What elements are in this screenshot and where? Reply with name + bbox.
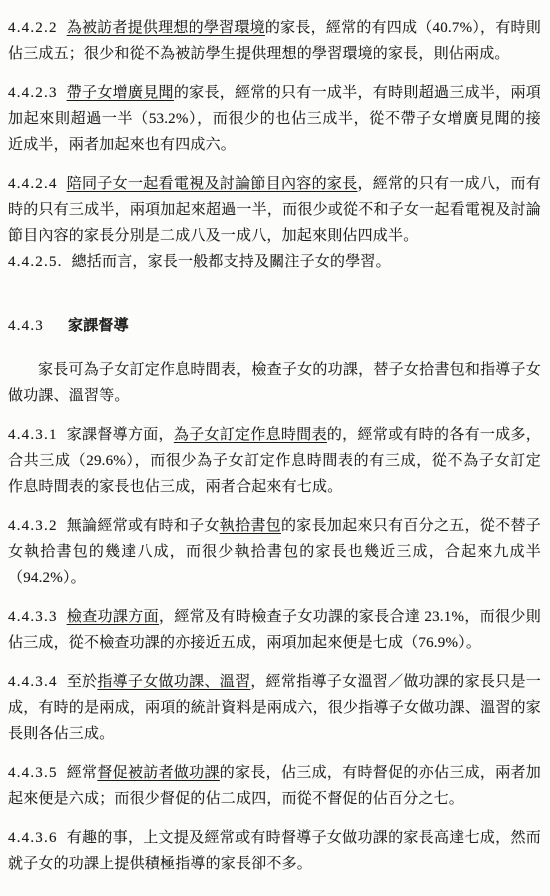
section-paragraph-4-4-3-3: 4.4.3.3檢查功課方面，經常及有時檢查子女功課的家長合達 23.1%，而很少… (8, 604, 541, 656)
section-number: 4.4.3 (8, 318, 44, 334)
section-heading-title: 家課督導 (68, 318, 129, 334)
section-paragraph-4-4-3-6: 4.4.3.6有趣的事，上文提及經常或有時督導子女做功課的家長高達七成，然而就子… (8, 825, 541, 877)
section-paragraph-4-4-3-4: 4.4.3.4至於指導子女做功課、溫習，經常指導子女溫習／做功課的家長只是一成，… (8, 669, 541, 747)
underlined-phrase: 陪同子女一起看電視及討論節目內容的家長 (67, 176, 358, 192)
section-paragraph-4-4-3-5: 4.4.3.5經常督促被訪者做功課的家長，佔三成，有時督促的亦佔三成，兩者加起來… (8, 760, 541, 812)
section-pre-text: 總括而言，家長一般都支持及關注子女的學習。 (72, 254, 391, 270)
intro-paragraph: 家長可為子女訂定作息時間表，檢查子女的功課，替子女拾書包和指導子女做功課、溫習等… (8, 357, 541, 409)
underlined-phrase: 檢查功課方面 (67, 609, 159, 625)
section-number: 4.4.3.5 (8, 765, 58, 781)
underlined-phrase: 督促被訪者做功課 (97, 765, 219, 781)
intro-text: 家長可為子女訂定作息時間表，檢查子女的功課，替子女拾書包和指導子女做功課、溫習等… (8, 362, 541, 404)
section-paragraph-4-4-2-2: 4.4.2.2為被訪者提供理想的學習環境的家長，經常的有四成（40.7%），有時… (8, 15, 541, 67)
underlined-phrase: 指導子女做功課、溫習 (97, 674, 250, 690)
section-paragraph-4-4-2-4: 4.4.2.4陪同子女一起看電視及討論節目內容的家長，經常的只有一成八，而有時的… (8, 171, 541, 249)
section-number: 4.4.2.3 (8, 85, 58, 101)
underlined-phrase: 帶子女增廣見聞 (67, 85, 174, 101)
underlined-phrase: 執拾書包 (220, 518, 281, 534)
section-number: 4.4.3.1 (8, 427, 58, 443)
underlined-phrase: 為被訪者提供理想的學習環境 (67, 20, 265, 36)
section-number: 4.4.3.3 (8, 609, 58, 625)
section-paragraph-4-4-2-3: 4.4.2.3帶子女增廣見聞的家長，經常的只有一成半，有時則超過三成半，兩項加起… (8, 80, 541, 158)
section-pre-text: 家課督導方面， (67, 427, 174, 443)
section-number: 4.4.2.5. (8, 254, 63, 270)
section-paragraph-4-4-3-1: 4.4.3.1家課督導方面，為子女訂定作息時間表的，經常或有時的各有一成多，合共… (8, 422, 541, 500)
section-pre-text: 至於 (67, 674, 98, 690)
section-pre-text: 有趣的事，上文提及經常或有時督導子女做功課的家長高達七成，然而就子女的功課上提供… (8, 830, 541, 872)
section-paragraph-4-4-3-2: 4.4.3.2無論經常或有時和子女執拾書包的家長加起來只有百分之五，從不替子女執… (8, 513, 541, 591)
section-number: 4.4.3.2 (8, 518, 58, 534)
document-page: 4.4.2.2為被訪者提供理想的學習環境的家長，經常的有四成（40.7%），有時… (0, 0, 550, 896)
section-number: 4.4.3.6 (8, 830, 58, 846)
section-pre-text: 無論經常或有時和子女 (67, 518, 220, 534)
section-pre-text: 經常 (67, 765, 98, 781)
section-heading-4-4-3: 4.4.3家課督導 (8, 313, 541, 339)
section-number: 4.4.3.4 (8, 674, 58, 690)
underlined-phrase: 為子女訂定作息時間表 (174, 427, 327, 443)
section-number: 4.4.2.2 (8, 20, 58, 36)
section-number: 4.4.2.4 (8, 176, 58, 192)
section-paragraph-4-4-2-5: 4.4.2.5.總括而言，家長一般都支持及關注子女的學習。 (8, 249, 541, 275)
